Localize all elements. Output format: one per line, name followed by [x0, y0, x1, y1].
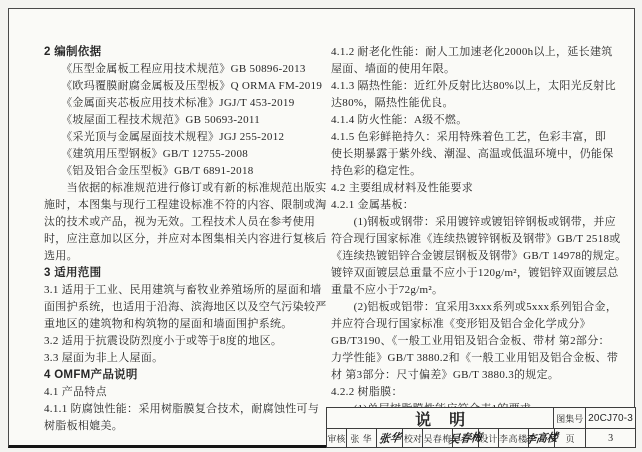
text-line: 重量不应小于72g/m²。 [331, 282, 631, 299]
text-line: 4.1.1 防腐蚀性能：采用树脂膜复合技术，耐腐蚀性可与 [44, 401, 332, 418]
text-line: 4.2.2 树脂膜： [331, 384, 631, 401]
text-line: 并应符合现行国家标准《变形铝及铝合金化学成分》 [331, 316, 631, 333]
text-line: 3.2 适用于抗震设防烈度小于或等于8度的地区。 [44, 333, 332, 350]
text-line: 4.1.3 隔热性能：近红外反射比达80%以上，太阳光反射比 [331, 78, 631, 95]
text-line: 镀锌双面镀层总重量不应小于120g/m²，镀铝锌双面镀层总 [331, 265, 631, 282]
text-line: (1)钢板或钢带：采用镀锌或镀铝锌钢板或钢带，并应 [331, 214, 631, 231]
page-no-value: 3 [586, 429, 635, 447]
text-line: 材 第3部分：尺寸偏差》GB/T 3880.3的规定。 [331, 367, 631, 384]
section-heading: 2 编制依据 [44, 44, 332, 61]
text-line: 3.1 适用于工业、民用建筑与畜牧业养殖场所的屋面和墙 [44, 282, 332, 299]
text-line: 《压型金属板工程应用技术规范》GB 50896-2013 [44, 61, 332, 78]
section-heading: 4 OMFM产品说明 [44, 367, 332, 384]
text-line: 达80%，隔热性能优良。 [331, 95, 631, 112]
text-line: 4.1 产品特点 [44, 384, 332, 401]
atlas-no-label: 图集号 [554, 408, 586, 428]
signature-text: 张华 [378, 429, 402, 447]
text-line: 使长期暴露于紫外线、潮湿、高温或低温环境中，仍能保 [331, 146, 631, 163]
text-line: 3.3 屋面为非上人屋面。 [44, 350, 332, 367]
text-line: 4.1.2 耐老化性能：耐人工加速老化2000h以上，延长建筑 [331, 44, 631, 61]
reviewer-signature: 张华 [377, 429, 404, 447]
text-line: 符合现行国家标准《连续热镀锌钢板及钢带》GB/T 2518或 [331, 231, 631, 248]
proofreader-signature: 吴春梅 [453, 429, 479, 447]
atlas-no-value: 20CJ70-3 [586, 408, 635, 428]
text-line: 4.1.4 防火性能：A级不燃。 [331, 112, 631, 129]
text-line: 《建筑用压型钢板》GB/T 12755-2008 [44, 146, 332, 163]
text-line: 《铝及铝合金压型板》GB/T 6891-2018 [44, 163, 332, 180]
proof-label: 校对 [403, 429, 423, 447]
text-line: 《连续热镀铝锌合金镀层钢板及钢带》GB/T 14978的规定。 [331, 248, 631, 265]
section-heading: 3 适用范围 [44, 265, 332, 282]
title-block: 说明 图集号 20CJ70-3 审核 张 华 张华 校对 吴春梅 吴春梅 设计 … [326, 407, 636, 448]
text-line: 屋面、墙面的使用年限。 [331, 61, 631, 78]
drawing-title: 说明 [327, 408, 554, 428]
text-line: GB/T3190、《一般工业用铝及铝合金板、带材 第2部分： [331, 333, 631, 350]
left-column: 2 编制依据 《压型金属板工程应用技术规范》GB 50896-2013 《欧玛覆… [44, 44, 332, 435]
reviewer-name: 张 华 [347, 429, 377, 447]
text-line: 《坡屋面工程技术规范》GB 50693-2011 [44, 112, 332, 129]
text-line: 重地区的建筑物和构筑物的屋面和墙面围护系统。 [44, 316, 332, 333]
page-label: 页 [555, 429, 587, 447]
text-line: 面围护系统，也适用于沿海、滨海地区以及空气污染较严 [44, 299, 332, 316]
title-block-row-title: 说明 图集号 20CJ70-3 [327, 408, 635, 429]
right-column: 4.1.2 耐老化性能：耐人工加速老化2000h以上，延长建筑屋面、墙面的使用年… [331, 44, 631, 418]
text-line: 《欧玛覆膜耐腐金属板及压型板》Q ORMA FM-2019 [44, 78, 332, 95]
text-line: (2)铝板或铝带：宜采用3xxx系列或5xxx系列铝合金， [331, 299, 631, 316]
signature-text: 吴春梅 [448, 429, 483, 447]
designer-signature: 李高楼 [529, 429, 555, 447]
text-line: 选用。 [44, 248, 332, 265]
text-line: 时，应注意加以区分，并应对本图集相关内容进行复核后 [44, 231, 332, 248]
text-line: 《金属面夹芯板应用技术标准》JGJ/T 453-2019 [44, 95, 332, 112]
review-label: 审核 [327, 429, 347, 447]
text-line: 4.2 主要组成材料及性能要求 [331, 180, 631, 197]
text-line: 施时，本图集与现行工程建设标准不符的内容、限制或淘 [44, 197, 332, 214]
signature-text: 李高楼 [524, 429, 559, 447]
title-block-row-credits: 审核 张 华 张华 校对 吴春梅 吴春梅 设计 李高楼 李高楼 页 3 [327, 429, 635, 447]
text-line: 力学性能》GB/T 3880.2和《一般工业用铝及铝合金板、带 [331, 350, 631, 367]
text-line: 4.2.1 金属基板： [331, 197, 631, 214]
atlas-page: 2 编制依据 《压型金属板工程应用技术规范》GB 50896-2013 《欧玛覆… [0, 0, 642, 452]
text-line: 4.1.5 色彩鲜艳持久：采用特殊着色工艺，色彩丰富，即 [331, 129, 631, 146]
text-line: 当依据的标准规范进行修订或有新的标准规范出版实 [44, 180, 332, 197]
text-line: 持色彩的稳定性。 [331, 163, 631, 180]
text-line: 汰的技术或产品，视为无效。工程技术人员在参考使用 [44, 214, 332, 231]
text-line: 树脂板相媲美。 [44, 418, 332, 435]
text-line: 《采光顶与金属屋面技术规程》JGJ 255-2012 [44, 129, 332, 146]
